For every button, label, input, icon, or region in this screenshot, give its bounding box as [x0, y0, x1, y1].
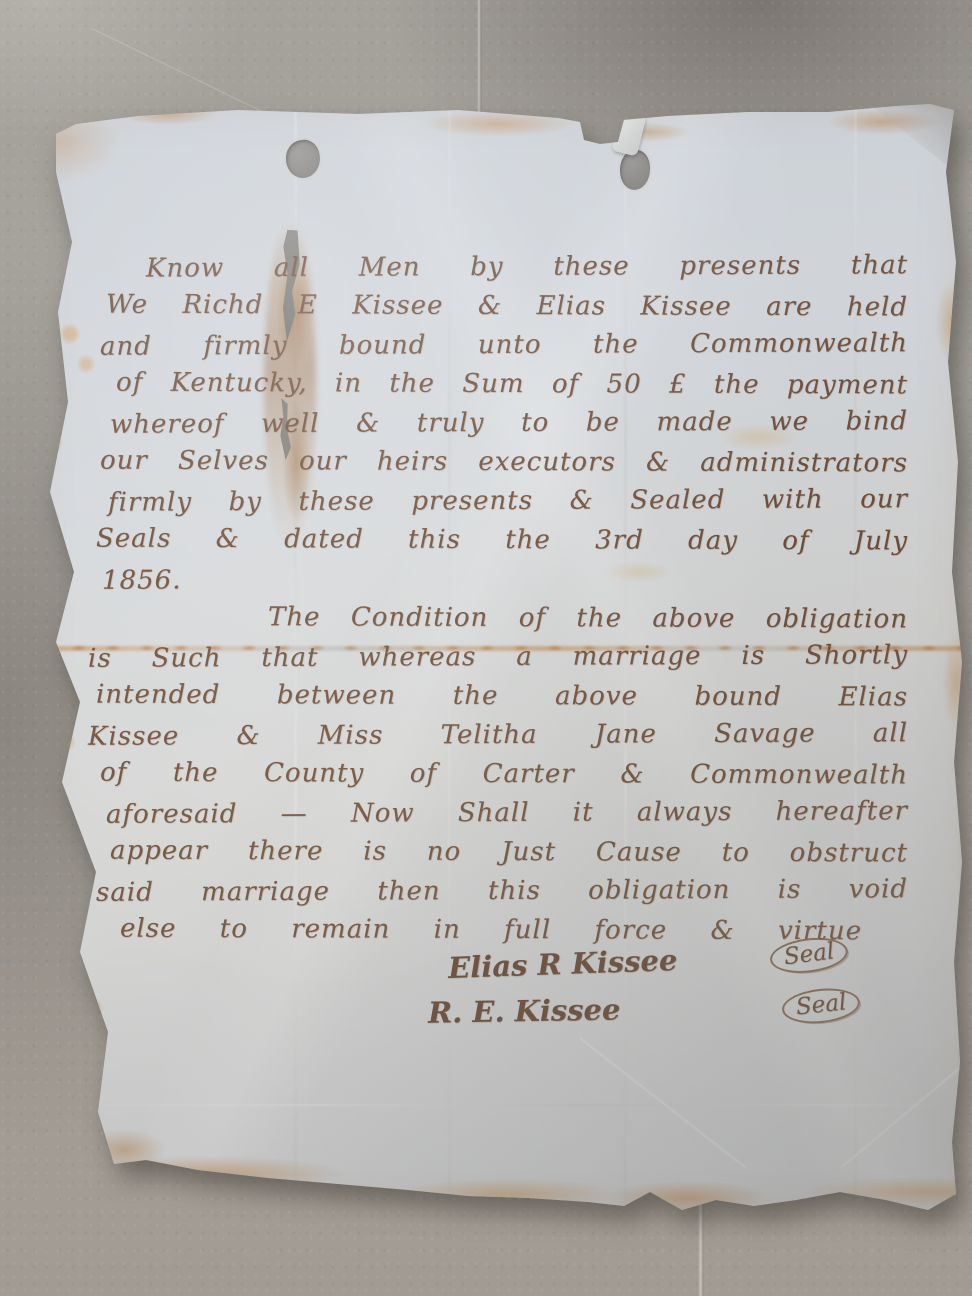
- handwritten-line: is Such that whereas a marriage is Short…: [88, 636, 908, 679]
- handwritten-line: of the County of Carter & Commonwealth: [88, 754, 908, 796]
- handwritten-line: aforesaid — Now Shall it always hereafte…: [88, 792, 908, 835]
- punch-hole-right: [620, 150, 650, 190]
- handwritten-line: whereof well & truly to be made we bind: [88, 402, 908, 445]
- handwritten-line: firmly by these presents & Sealed with o…: [88, 480, 908, 523]
- handwritten-text-block: Know all Men by these presents that We R…: [88, 248, 908, 950]
- crease-diagonal-right: [841, 1038, 972, 1168]
- handwritten-line: The Condition of the above obligation: [88, 598, 908, 640]
- handwritten-line: Know all Men by these presents that: [88, 246, 908, 289]
- handwritten-line: appear there is no Just Cause to obstruc…: [88, 832, 908, 874]
- paper-shadow-wrap: Know all Men by these presents that We R…: [28, 102, 963, 1217]
- crease-diagonal-left: [580, 1038, 747, 1169]
- document-paper: Know all Men by these presents that We R…: [28, 102, 963, 1217]
- handwritten-line: intended between the above bound Elias: [88, 676, 908, 718]
- seal-stamp: Seal: [780, 985, 862, 1027]
- folded-corner: [866, 102, 958, 174]
- handwritten-line: of Kentucky, in the Sum of 50 £ the paym…: [88, 364, 908, 406]
- handwritten-line: We Richd E Kissee & Elias Kissee are hel…: [88, 286, 908, 328]
- photo-of-document: Know all Men by these presents that We R…: [0, 0, 972, 1296]
- signature-row: R. E. Kissee Seal: [428, 988, 861, 1030]
- fold-crease-horizontal-soft: [28, 1104, 963, 1106]
- paper-flap: [611, 109, 646, 156]
- handwritten-line: and firmly bound unto the Commonwealth: [88, 324, 908, 367]
- handwritten-line: Seals & dated this the 3rd day of July: [88, 520, 908, 562]
- handwritten-line: Kissee & Miss Telitha Jane Savage all: [88, 714, 908, 757]
- signature-name: R. E. Kissee: [428, 992, 621, 1029]
- punch-hole-left: [284, 138, 323, 180]
- signature-name: Elias R Kissee: [448, 943, 678, 985]
- seal-stamp: Seal: [768, 934, 850, 977]
- handwritten-line: our Selves our heirs executors & adminis…: [88, 442, 908, 484]
- handwritten-line: said marriage then this obligation is vo…: [88, 870, 908, 913]
- handwritten-line-date: 1856.: [88, 558, 908, 601]
